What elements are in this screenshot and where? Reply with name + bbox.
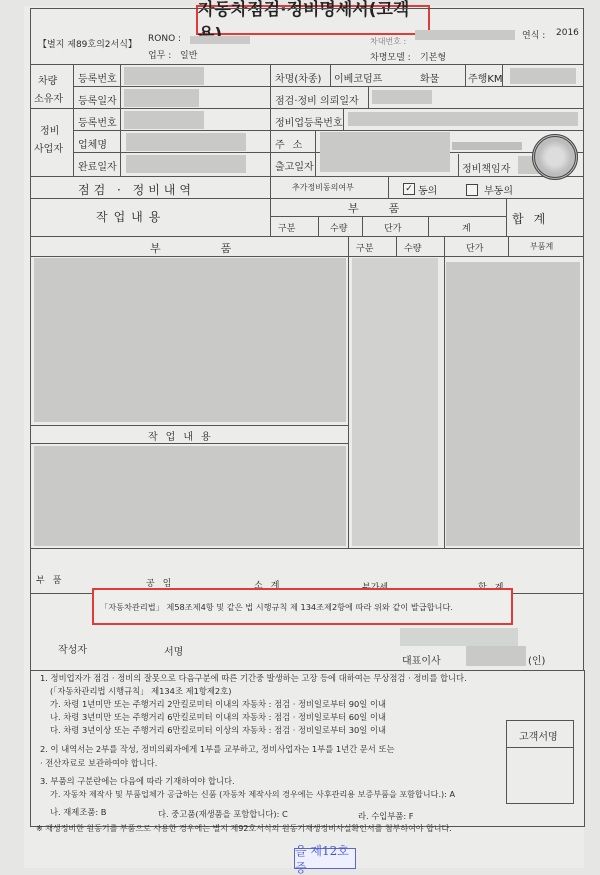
business-section-label-1: 정비: [40, 122, 59, 137]
parts-list-redacted: [34, 258, 346, 422]
work-label: 업무 :: [148, 48, 171, 61]
frame-right: [583, 8, 584, 670]
vin-value-redacted: [415, 30, 515, 40]
owner-section-label-2: 소유자: [34, 90, 63, 105]
note-1-ref: (「자동차관리법 시행규칙」 제134조 제1항제2호): [50, 685, 231, 697]
completion-date-redacted: [126, 155, 246, 173]
work-value: 일반: [180, 48, 197, 61]
customer-sign-label: 고객서명: [519, 728, 558, 743]
document-title: 자동차점검·정비명세서(고객용): [196, 5, 430, 35]
extra-consent-label: 추가정비동의여부: [292, 182, 354, 193]
signature-label: 서명: [164, 643, 183, 658]
note-3-b: 나. 재제조품: B: [50, 806, 106, 818]
form-number: 【별지 제89호의2서식】: [38, 37, 137, 50]
grid-line: [318, 216, 319, 236]
owner-reg-no-redacted: [124, 67, 204, 85]
grid-line: [30, 108, 583, 109]
address-redacted-2: [452, 142, 522, 150]
grid-line: [73, 130, 583, 131]
model-value: 기본형: [420, 50, 446, 63]
consent-agree-checkbox[interactable]: ✓: [403, 183, 415, 195]
owner-reg-no-label: 등록번호: [78, 70, 117, 85]
parts-col-qty: 수량: [404, 241, 421, 254]
biz-reg-redacted: [348, 112, 578, 126]
issuance-statement-highlight: 「자동차관리법」 제58조제4항 및 같은 법 시행규칙 제 134조제2항에 …: [92, 588, 513, 625]
parts-col-unit-price: 단가: [466, 241, 483, 254]
business-section-label-2: 사업자: [34, 140, 63, 155]
parts-col-type: 구분: [356, 241, 373, 254]
parts-prices-redacted: [446, 262, 580, 546]
grid-line: [396, 236, 397, 256]
parts-row-header: 부품: [150, 240, 291, 256]
owner-reg-date-label: 등록일자: [78, 92, 117, 107]
business-reg-no-label: 등록번호: [78, 114, 117, 129]
consent-disagree-checkbox[interactable]: [466, 184, 478, 196]
rono-value-redacted: [190, 36, 250, 44]
grid-line: [30, 443, 348, 444]
grid-line: [30, 425, 348, 426]
request-date-label: 점검·정비 의뢰일자: [275, 92, 359, 107]
parts-col-sum: 부품계: [530, 241, 553, 252]
grid-line: [506, 198, 507, 236]
evidence-stamp: 을 제12호증: [294, 848, 356, 869]
grid-line: [120, 64, 121, 176]
grid-line: [30, 176, 583, 177]
release-date-label: 출고일자: [275, 158, 314, 173]
work-content-header: 작업내용: [96, 208, 166, 225]
grid-line: [315, 130, 316, 176]
ceo-label: 대표이사: [402, 652, 441, 667]
header-divider: [30, 64, 583, 65]
consent-disagree-label: 부동의: [484, 182, 513, 197]
rono-label: RONO :: [148, 34, 181, 44]
note-2: 2. 이 내역서는 2부를 작성, 정비의뢰자에게 1부를 교부하고, 정비사업…: [40, 743, 395, 755]
ceo-name-redacted: [466, 646, 526, 666]
grid-line: [362, 216, 363, 236]
year-label: 연식 :: [522, 28, 545, 41]
details-header: 점검 · 정비내역: [78, 181, 195, 198]
business-reg-no-redacted: [124, 111, 204, 129]
grid-line: [270, 176, 271, 236]
totals-parts-label: 부품: [36, 573, 69, 586]
parts-header: 부품: [348, 200, 429, 216]
col-sum: 계: [462, 221, 471, 234]
col-type: 구분: [278, 221, 295, 234]
company-redacted: [126, 133, 246, 151]
note-1: 1. 정비업자가 점검 · 정비의 잘못으로 다음구분에 따른 기간중 발생하는…: [40, 672, 467, 684]
customer-signature-box[interactable]: 고객서명: [506, 720, 574, 804]
mileage-label: 주행KM: [468, 70, 503, 85]
note-1-c: 다. 차령 3년이상 또는 주행거리 6만킬로미터 이상의 자동차 : 점검 ·…: [50, 724, 386, 736]
model-label: 차명모델 :: [370, 50, 411, 63]
parts-type-qty-redacted: [352, 258, 438, 546]
frame-top: [30, 8, 583, 9]
note-remark: ※ 재생정비한 원동기를 부품으로 사용한 경우에는 별지 제92호서식의 원동…: [36, 823, 452, 834]
note-3-a: 가. 자동차 제작사 및 부품업체가 공급하는 신품 (자동차 제작사의 경우에…: [50, 789, 455, 800]
grid-line: [30, 236, 583, 237]
biz-reg-label: 정비업등록번호: [275, 114, 343, 129]
col-unit-price: 단가: [384, 221, 401, 234]
owner-reg-date-redacted: [124, 89, 199, 107]
issuance-statement: 「자동차관리법」 제58조제4항 및 같은 법 시행규칙 제 134조제2항에 …: [100, 602, 453, 613]
grid-line: [444, 236, 445, 548]
year-value: 2016: [556, 28, 579, 38]
grid-line: [502, 64, 503, 86]
grid-line: [458, 154, 459, 176]
grid-line: [270, 216, 506, 217]
grid-line: [330, 64, 331, 86]
grid-line: [270, 64, 271, 176]
completion-date-label: 완료일자: [78, 158, 117, 173]
grid-line: [348, 236, 349, 548]
total-header: 합계: [512, 210, 555, 227]
note-1-b: 나. 차령 3년미만 또는 주행거리 6만킬로미터 이내의 자동차 : 점검 ·…: [50, 711, 386, 723]
address-label: 주소: [275, 136, 310, 151]
col-qty: 수량: [330, 221, 347, 234]
car-type-value: 화물: [420, 70, 439, 85]
car-name-label: 차명(차종): [275, 70, 321, 85]
owner-section-label-1: 차량: [38, 72, 57, 87]
grid-line: [343, 108, 344, 130]
grid-line: [30, 548, 583, 549]
consent-agree-label: 동의: [418, 182, 437, 197]
work-content-subheader: 작업내용: [148, 428, 219, 443]
company-name-redacted: [400, 628, 518, 646]
note-3-d: 라. 수입부품: F: [358, 810, 414, 822]
grid-line: [388, 176, 389, 198]
mileage-redacted: [510, 68, 576, 84]
grid-line: [368, 86, 369, 108]
car-name-value: 이베코덤프: [334, 70, 382, 85]
address-redacted: [320, 132, 450, 172]
note-2-cont: · 전산자료로 보관하여야 합니다.: [40, 757, 157, 769]
company-label: 업체명: [78, 136, 107, 151]
seal-label: (인): [528, 652, 545, 667]
grid-line: [508, 236, 509, 256]
request-date-redacted: [372, 90, 432, 104]
company-seal-icon: [532, 134, 578, 180]
manager-label: 정비책임자: [462, 160, 510, 175]
work-content-redacted: [34, 446, 346, 546]
vin-label: 차대번호 :: [370, 36, 406, 47]
grid-line: [73, 64, 74, 176]
grid-line: [30, 198, 583, 199]
grid-line: [507, 747, 573, 748]
note-1-a: 가. 차령 1년미만 또는 주행거리 2만킬로미터 이내의 자동차 : 점검 ·…: [50, 698, 386, 710]
note-3: 3. 부품의 구분란에는 다음에 따라 기재하여야 합니다.: [40, 775, 235, 787]
grid-line: [465, 64, 466, 86]
note-3-c: 다. 중고품(재생품을 포함합니다): C: [158, 808, 288, 820]
grid-line: [428, 216, 429, 236]
grid-line: [73, 86, 583, 87]
author-label: 작성자: [58, 641, 87, 656]
grid-line: [30, 256, 583, 257]
